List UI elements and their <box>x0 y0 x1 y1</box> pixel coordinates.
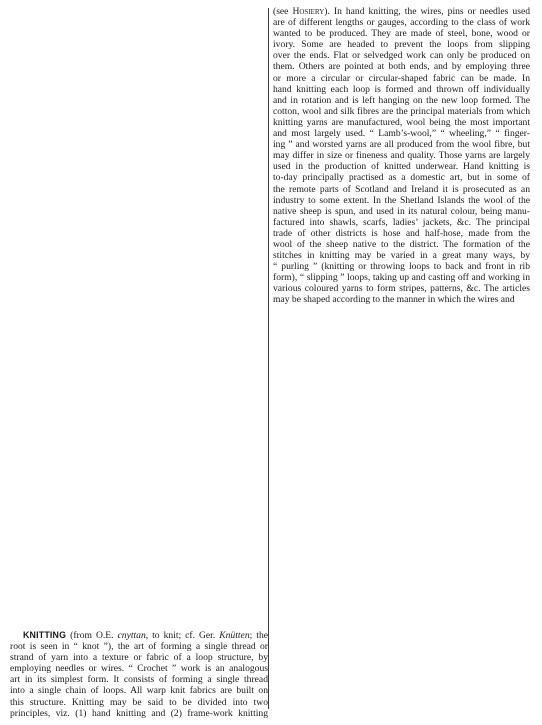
right-column: (see Hosiery). In hand knitting, the wir… <box>273 6 530 306</box>
text-line: form), “ slipping ” loops, taking up and… <box>273 272 530 283</box>
text-line: are of different lengths or gauges, acco… <box>273 17 530 28</box>
cross-reference-hosiery: Hosiery <box>292 6 324 17</box>
text-line: ing ” and worsted yarns are all produced… <box>273 139 530 150</box>
text-line: art in its simplest form. It consists of… <box>10 674 268 685</box>
text-line: to-day principally practised as a domest… <box>273 172 530 183</box>
text-line: may be shaped according to the manner in… <box>273 294 530 305</box>
text-line: principles, viz. (1) hand knitting and (… <box>10 708 268 719</box>
text-line: may differ in size or fineness and quali… <box>273 150 530 161</box>
text-line: employing needles or wires. “ Crochet ” … <box>10 663 268 674</box>
text-line: or more a circular or circular-shaped fa… <box>273 73 530 84</box>
text-line: and in rotation and is left hanging on t… <box>273 95 530 106</box>
text-fragment: ). In hand knitting, the wires, pins or … <box>324 6 530 17</box>
article-opening-line: KNITTING (from O.E. cnyttan, to knit; cf… <box>10 630 268 641</box>
text-line: strand of yarn into a texture or fabric … <box>10 652 268 663</box>
text-line: knitting yarns are manufactured, wool be… <box>273 117 530 128</box>
text-line: native sheep is spun, and used in its na… <box>273 206 530 217</box>
text-line: over the ends. Flat or selvedged work ca… <box>273 50 530 61</box>
text-line: them. Others are pointed at both ends, a… <box>273 61 530 72</box>
text-line: this structure. Knitting may be said to … <box>10 697 268 708</box>
text-line: factured into shawls, scarfs, ladies’ ja… <box>273 217 530 228</box>
text-line: root is seen in “ knot ”), the art of fo… <box>10 641 268 652</box>
text-line: wool of the sheep native to the district… <box>273 239 530 250</box>
text-fragment: ; the <box>250 630 268 641</box>
text-line: and most largely used. “ Lamb’s-wool,” “… <box>273 128 530 139</box>
text-line: wanted to be produced. They are made of … <box>273 28 530 39</box>
etymology-term: cnyttan <box>118 630 146 641</box>
text-line: “ purling ” (knitting or throwing loops … <box>273 261 530 272</box>
text-fragment: , to knit; cf. Ger. <box>146 630 219 641</box>
text-line: trade of other districts is hose and hal… <box>273 228 530 239</box>
text-line: stitches in knitting may be varied in a … <box>273 250 530 261</box>
text-line: various coloured yarns to form stripes, … <box>273 283 530 294</box>
text-line: the remote parts of Scotland and Ireland… <box>273 184 530 195</box>
text-line: into a single chain of loops. All warp k… <box>10 685 268 696</box>
text-line: hand knitting each loop is formed and th… <box>273 84 530 95</box>
text-line: industry to some extent. In the Shetland… <box>273 195 530 206</box>
etymology-term: Knütten <box>219 630 249 641</box>
text-line: used in the production of knitted underw… <box>273 161 530 172</box>
article-headword: KNITTING <box>23 630 66 640</box>
text-line: ivory. Some are headed to prevent the lo… <box>273 39 530 50</box>
text-line: cotton, wool and silk fibres are the pri… <box>273 106 530 117</box>
left-column: KNITTING (from O.E. cnyttan, to knit; cf… <box>10 630 268 719</box>
encyclopedia-page: (see Hosiery). In hand knitting, the wir… <box>0 0 542 725</box>
text-fragment: (from O.E. <box>66 630 117 641</box>
text-fragment: (see <box>273 6 292 17</box>
column-divider <box>268 8 269 709</box>
text-line: (see Hosiery). In hand knitting, the wir… <box>273 6 530 17</box>
